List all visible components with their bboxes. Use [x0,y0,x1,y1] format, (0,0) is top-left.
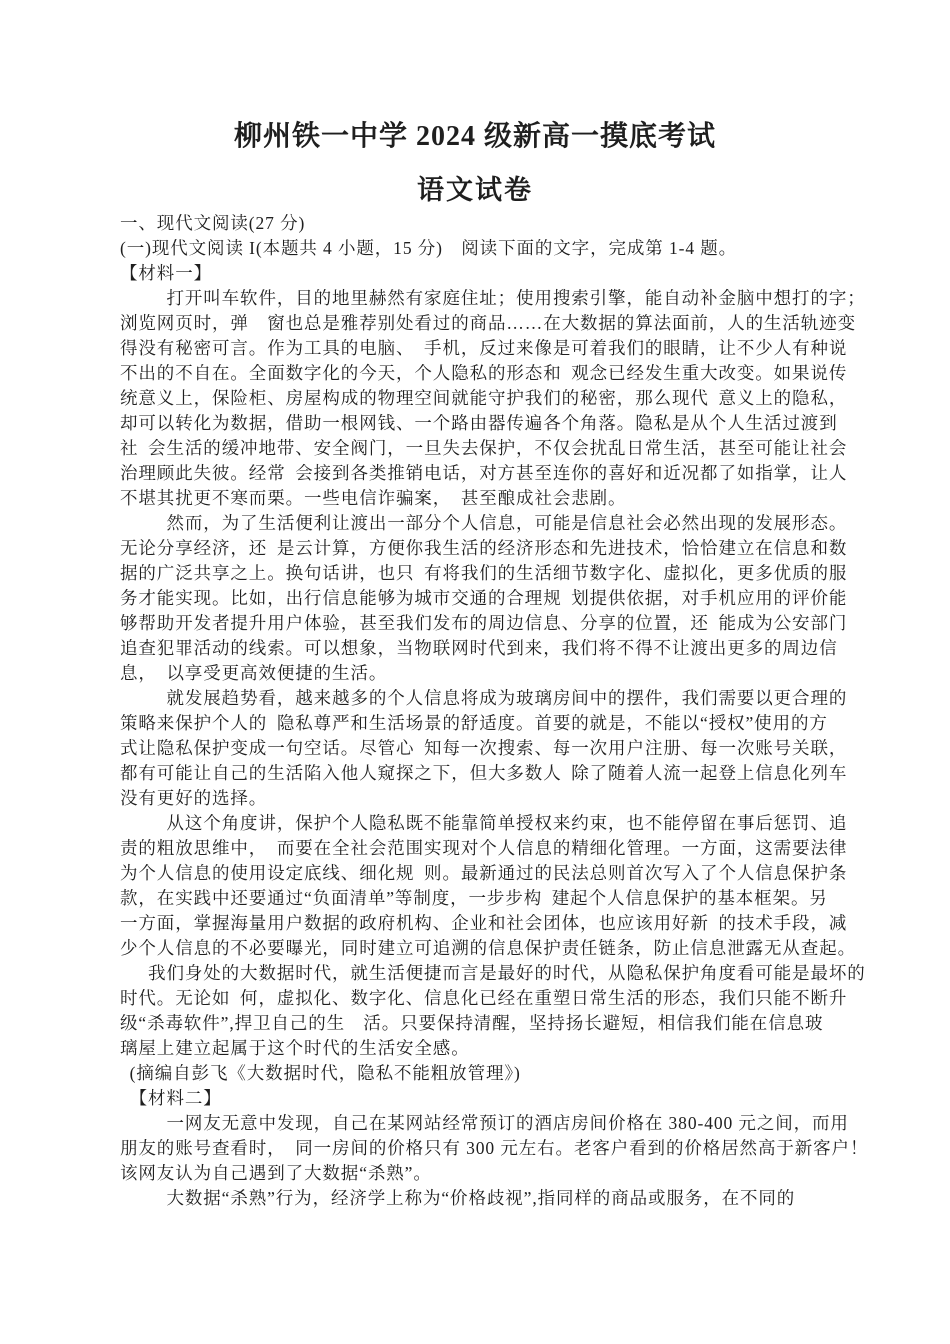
material-one-label: 【材料一】 [120,261,860,286]
subsection-heading: (一)现代文阅读 I(本题共 4 小题，15 分) 阅读下面的文字，完成第 1-… [120,236,860,261]
material-one-paragraph-3: 就发展趋势看，越来越多的个人信息将成为玻璃房间中的摆件，我们需要以更合理的 策略… [120,686,860,811]
material-two-paragraph-1: 一网友无意中发现，自己在某网站经常预订的酒店房间价格在 380-400 元之间，… [120,1111,860,1186]
material-one-attribution: (摘编自彭飞《大数据时代，隐私不能粗放管理》) [120,1061,860,1086]
material-two-label: 【材料二】 [120,1086,860,1111]
exam-title: 柳州铁一中学 2024 级新高一摸底考试 [0,121,950,153]
material-one-paragraph-1: 打开叫车软件，目的地里赫然有家庭住址；使用搜索引擎，能自动补金脑中想打的字； 浏… [120,286,860,511]
material-one-paragraph-4: 从这个角度讲，保护个人隐私既不能靠简单授权来约束，也不能停留在事后惩罚、追 责的… [120,811,860,961]
exam-body: 一、现代文阅读(27 分) (一)现代文阅读 I(本题共 4 小题，15 分) … [120,211,860,1211]
material-one-paragraph-2: 然而，为了生活便利让渡出一部分个人信息，可能是信息社会必然出现的发展形态。 无论… [120,511,860,686]
section-heading: 一、现代文阅读(27 分) [120,211,860,236]
material-one-paragraph-5: 我们身处的大数据时代，就生活便捷而言是最好的时代，从隐私保护角度看可能是最坏的 … [120,961,860,1061]
paper-subject-title: 语文试卷 [0,175,950,206]
material-two-paragraph-2: 大数据“杀熟”行为，经济学上称为“价格歧视”,指同样的商品或服务，在不同的 [120,1186,860,1211]
